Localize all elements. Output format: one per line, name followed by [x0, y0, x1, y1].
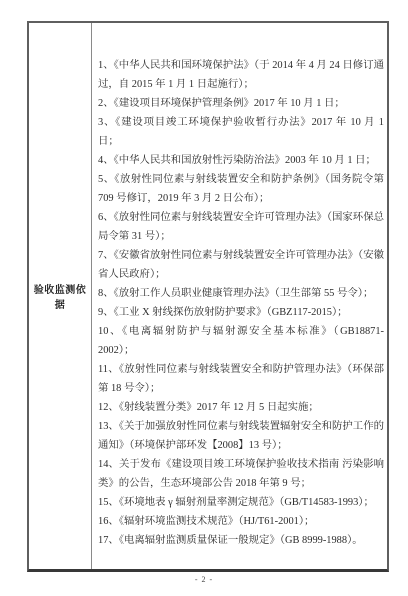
list-item: 7、《安徽省放射性同位素与射线装置安全许可管理办法》（安徽省人民政府）；: [98, 246, 384, 284]
list-item: 8、《放射工作人员职业健康管理办法》（卫生部第 55 号令）；: [98, 284, 384, 303]
acceptance-basis-table: 验收监测依据 1、《中华人民共和国环境保护法》（于 2014 年 4 月 24 …: [27, 21, 389, 572]
page-number: - 2 -: [0, 575, 408, 584]
list-item: 10、《电离辐射防护与辐射源安全基本标准》（GB18871-2002）；: [98, 322, 384, 360]
list-item: 6、《放射性同位素与射线装置安全许可管理办法》（国家环保总局令第 31 号）；: [98, 208, 384, 246]
list-item: 11、《放射性同位素与射线装置安全和防护管理办法》（环保部第 18 号令）；: [98, 360, 384, 398]
list-item: 4、《中华人民共和国放射性污染防治法》2003 年 10 月 1 日；: [98, 151, 384, 170]
list-item: 15、《环境地表 γ 辐射剂量率测定规范》（GB/T14583-1993）；: [98, 493, 384, 512]
list-item: 9、《工业 X 射线探伤放射防护要求》（GBZ117-2015）；: [98, 303, 384, 322]
list-item: 12、《射线装置分类》2017 年 12 月 5 日起实施；: [98, 398, 384, 417]
list-item: 2、《建设项目环境保护管理条例》2017 年 10 月 1 日；: [98, 94, 384, 113]
list-item: 13、《关于加强放射性同位素与射线装置辐射安全和防护工作的通知》（环境保护部环发…: [98, 417, 384, 455]
list-item: 5、《放射性同位素与射线装置安全和防护条例》（国务院令第 709 号修订，201…: [98, 170, 384, 208]
list-item: 16、《辐射环境监测技术规范》（HJ/T61-2001）；: [98, 512, 384, 531]
list-item: 3、《建设项目竣工环境保护验收暂行办法》2017 年 10 月 1 日；: [98, 113, 384, 151]
document-page: 验收监测依据 1、《中华人民共和国环境保护法》（于 2014 年 4 月 24 …: [0, 0, 408, 596]
regulation-list: 1、《中华人民共和国环境保护法》（于 2014 年 4 月 24 日修订通过，自…: [92, 23, 387, 569]
row-header-label: 验收监测依据: [29, 281, 91, 311]
list-item: 17、《电离辐射监测质量保证一般规定》（GB 8999-1988）。: [98, 531, 384, 550]
list-item: 1、《中华人民共和国环境保护法》（于 2014 年 4 月 24 日修订通过，自…: [98, 56, 384, 94]
row-header-cell: 验收监测依据: [29, 23, 92, 569]
list-item: 14、关于发布《建设项目竣工环境保护验收技术指南 污染影响类》的公告，生态环境部…: [98, 455, 384, 493]
